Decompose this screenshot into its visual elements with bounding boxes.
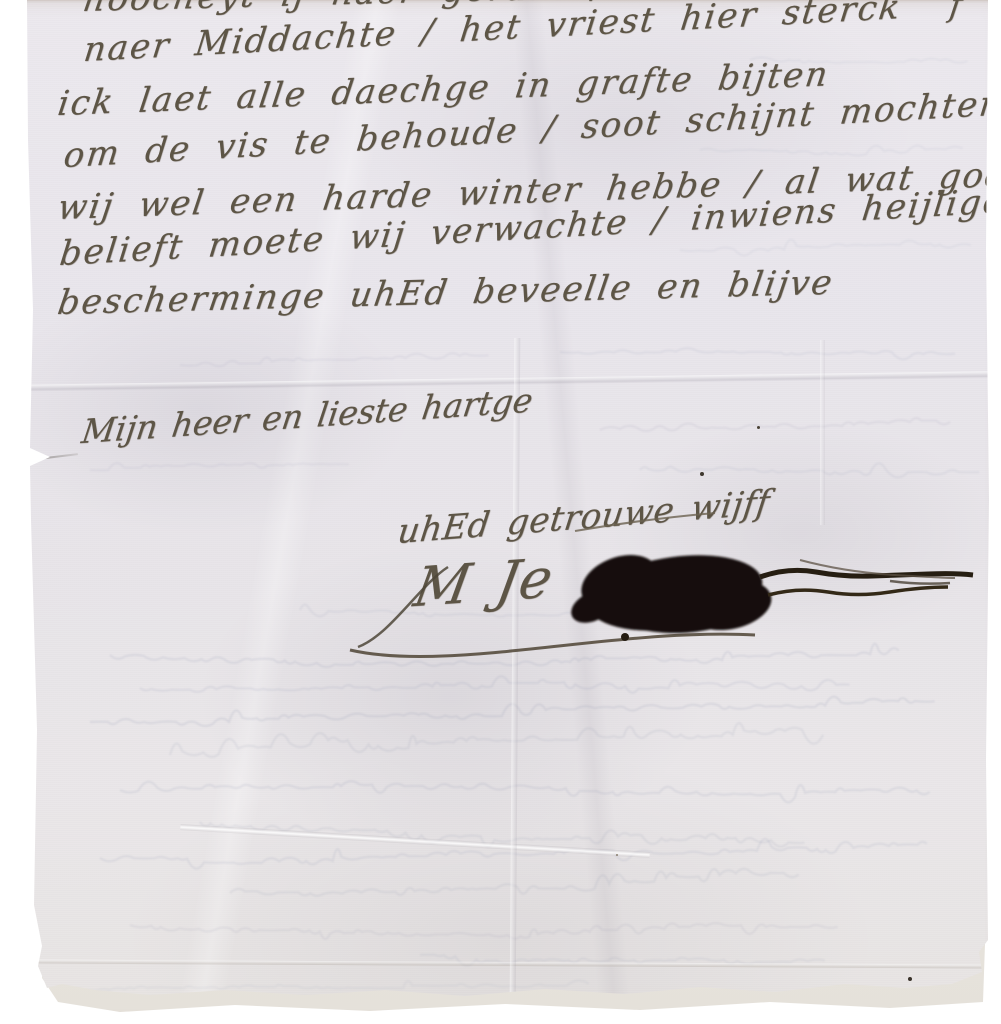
bleedthrough-line xyxy=(700,146,963,156)
bleedthrough-line xyxy=(420,955,825,966)
bleedthrough-line xyxy=(90,463,349,470)
bleedthrough-line xyxy=(140,676,849,692)
ink-speck xyxy=(616,854,618,856)
bleedthrough-line xyxy=(600,418,950,431)
bleedthrough-line xyxy=(230,869,799,896)
letter-page: hoocheyt ij naer gerant / f naer Middach… xyxy=(0,0,1001,1024)
ink-speck xyxy=(757,426,760,429)
bleedthrough-line xyxy=(90,697,935,726)
signature-leadin-stroke xyxy=(358,567,448,647)
ink-speck xyxy=(700,472,704,476)
ink-speck xyxy=(908,977,912,981)
strike-through-scribble xyxy=(760,560,973,595)
ink-drip-dot xyxy=(621,633,629,641)
bleedthrough-line xyxy=(560,348,955,359)
signature-underline-flourish xyxy=(350,634,755,656)
ink-blot xyxy=(566,545,776,641)
bleedthrough-line xyxy=(130,923,838,939)
signature-artwork xyxy=(330,515,990,675)
bleedthrough-line xyxy=(80,980,589,990)
bleedthrough-line xyxy=(170,723,823,757)
bleedthrough-line xyxy=(180,353,488,366)
wijff-cross-stroke xyxy=(575,513,715,531)
bleedthrough-line xyxy=(120,781,930,802)
bleedthrough-line xyxy=(640,463,979,477)
bleedthrough-line xyxy=(680,240,971,256)
letter-photo: hoocheyt ij naer gerant / f naer Middach… xyxy=(0,0,1001,1024)
bleedthrough-line xyxy=(200,822,804,847)
